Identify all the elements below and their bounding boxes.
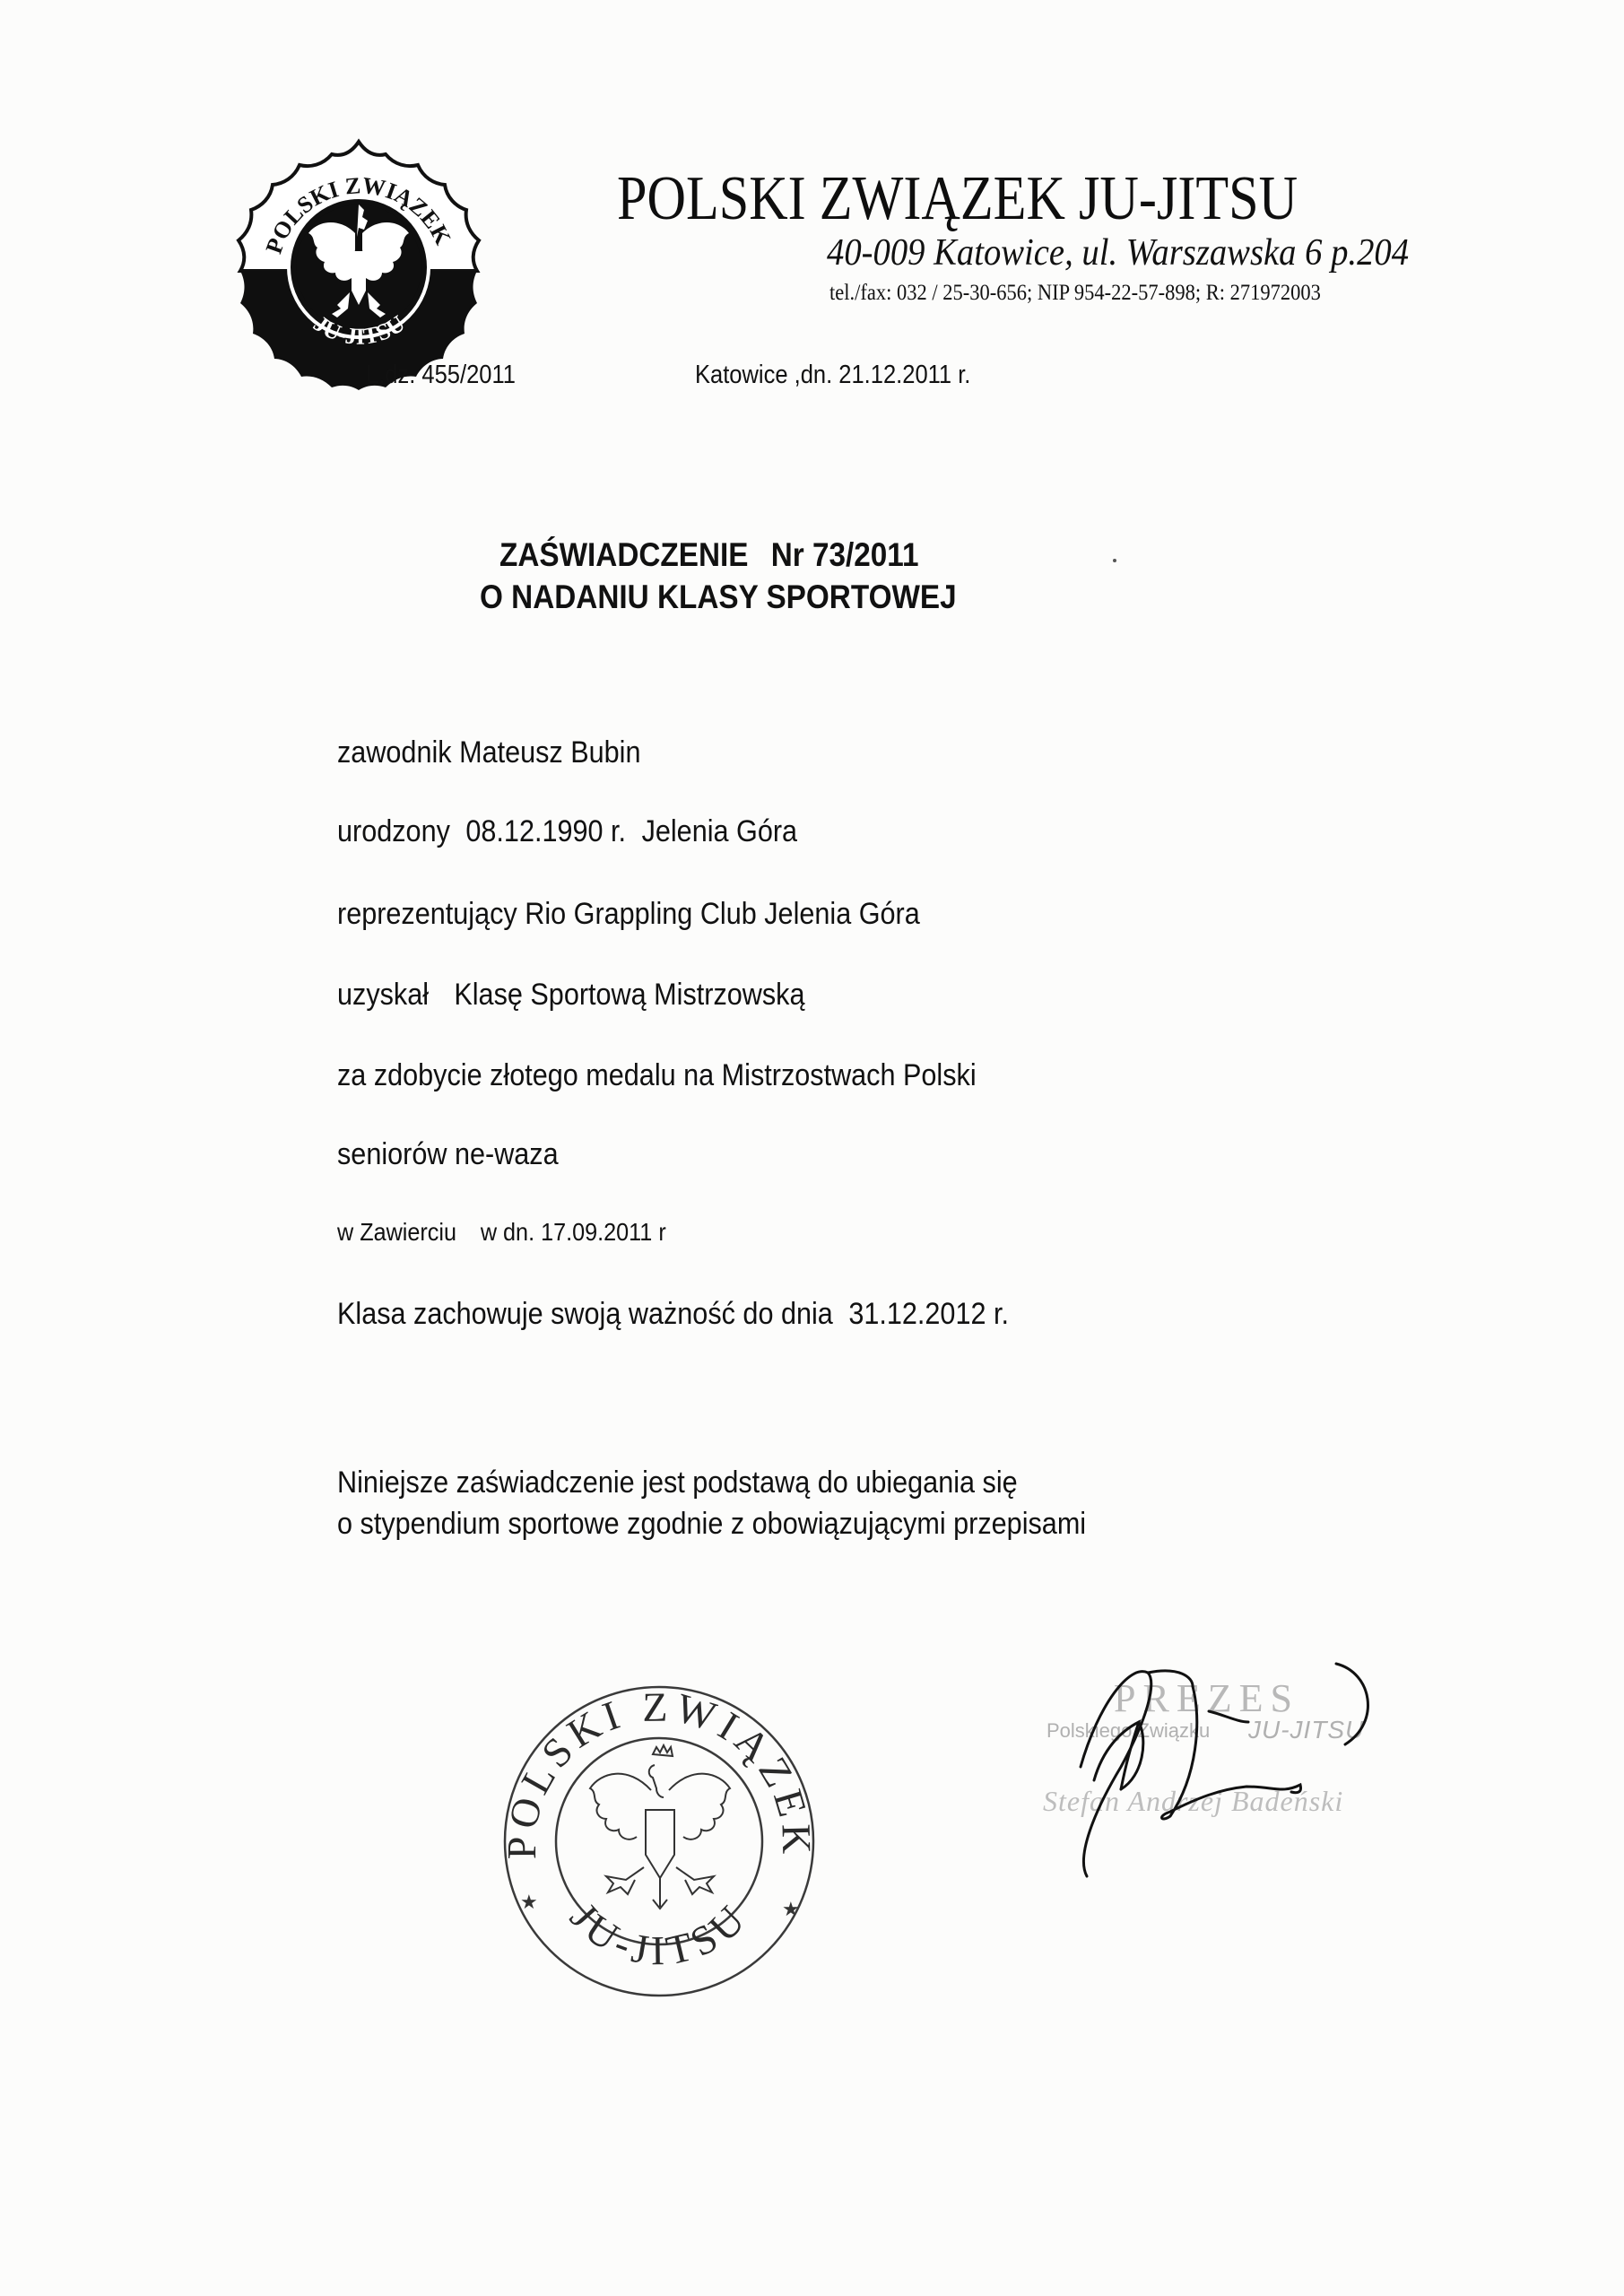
athlete-line: zawodnik Mateusz Bubin <box>337 735 640 770</box>
svg-text:POLSKI ZWIĄZEK: POLSKI ZWIĄZEK <box>499 1684 820 1860</box>
club-label: reprezentujący <box>337 897 517 931</box>
reference-number: L.dz. 455/2011 <box>366 361 516 390</box>
document-subtitle: O NADANIU KLASY SPORTOWEJ <box>480 578 957 616</box>
scan-speck <box>1113 559 1116 562</box>
class-line: uzyskał Klasę Sportową Mistrzowską <box>337 978 804 1013</box>
club-name: Rio Grappling Club Jelenia Góra <box>525 897 920 931</box>
class-label: uzyskał <box>337 978 429 1012</box>
sport-class: Klasę Sportową Mistrzowską <box>454 978 804 1012</box>
organization-address: 40-009 Katowice, ul. Warszawska 6 p.204 <box>827 231 1409 274</box>
birth-line: urodzony 08.12.1990 r. Jelenia Góra <box>337 814 797 849</box>
organization-logo-icon: POLSKI ZWIĄZEK JU-JITSU <box>231 135 487 390</box>
document-title-text: ZAŚWIADCZENIE <box>499 536 748 573</box>
born-place: Jelenia Góra <box>642 814 798 848</box>
certificate-number: Nr 73/2011 <box>771 536 919 573</box>
born-date: 08.12.1990 r. <box>465 814 626 848</box>
validity-date: 31.12.2012 r. <box>848 1297 1009 1331</box>
athlete-label: zawodnik <box>337 735 452 770</box>
closing-line-2: o stypendium sportowe zgodnie z obowiązu… <box>337 1507 1086 1542</box>
signature-block: PREZES Polskiego Związku JU-JITSU Stefan… <box>1013 1632 1417 1919</box>
document-title: ZAŚWIADCZENIENr 73/2011 <box>499 536 918 574</box>
validity-text: Klasa zachowuje swoją ważność do dnia <box>337 1297 833 1331</box>
athlete-name: Mateusz Bubin <box>459 735 640 770</box>
round-seal-icon: POLSKI ZWIĄZEK JU-JITSU ★ ★ <box>493 1675 825 2007</box>
handwritten-signature-icon <box>1013 1632 1417 1919</box>
organization-name: POLSKI ZWIĄZEK JU-JITSU <box>617 163 1298 235</box>
event-line: w Zawierciu w dn. 17.09.2011 r <box>337 1218 666 1247</box>
club-line: reprezentujący Rio Grappling Club Jeleni… <box>337 897 920 932</box>
reason-line-2: seniorów ne-waza <box>337 1137 559 1172</box>
svg-text:★: ★ <box>782 1898 800 1920</box>
closing-line-1: Niniejsze zaświadczenie jest podstawą do… <box>337 1465 1018 1500</box>
event-place: w Zawierciu <box>337 1218 456 1246</box>
event-date: w dn. 17.09.2011 r <box>481 1218 666 1246</box>
born-label: urodzony <box>337 814 450 848</box>
svg-text:★: ★ <box>520 1891 538 1913</box>
place-and-date: Katowice ,dn. 21.12.2011 r. <box>695 361 970 390</box>
reason-line-1: za zdobycie złotego medalu na Mistrzostw… <box>337 1058 977 1093</box>
validity-line: Klasa zachowuje swoją ważność do dnia 31… <box>337 1297 1009 1332</box>
organization-contact: tel./fax: 032 / 25-30-656; NIP 954-22-57… <box>829 281 1321 306</box>
